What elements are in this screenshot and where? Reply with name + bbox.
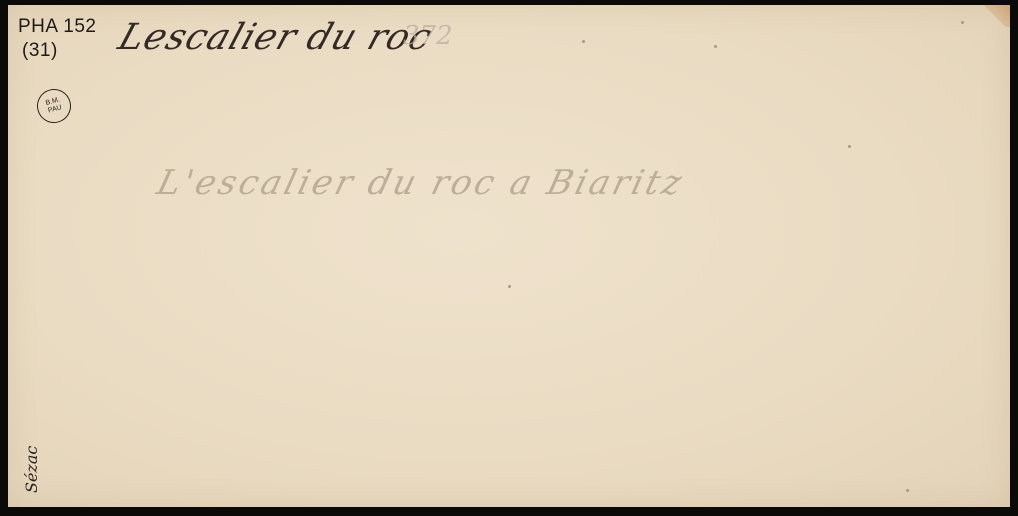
library-stamp-icon: B.M. PAU	[33, 85, 75, 127]
speck	[508, 285, 511, 288]
speck	[714, 45, 717, 48]
speck	[906, 489, 909, 492]
speck	[582, 40, 585, 43]
call-number-line-1: PHA 152	[18, 15, 97, 39]
corner-stain	[980, 5, 1010, 27]
ink-title: Lescalier du roc	[113, 17, 437, 58]
document-card: PHA 152 (31) B.M. PAU Lescalier du roc 3…	[8, 5, 1010, 507]
overwritten-pencil-number: 372	[403, 21, 453, 51]
call-number: PHA 152 (31)	[18, 15, 97, 63]
speck	[961, 21, 964, 24]
margin-note: Sézac	[22, 446, 41, 493]
pencil-caption: L'escalier du roc a Biaritz	[153, 163, 689, 203]
speck	[848, 145, 851, 148]
call-number-line-2: (31)	[18, 39, 97, 63]
